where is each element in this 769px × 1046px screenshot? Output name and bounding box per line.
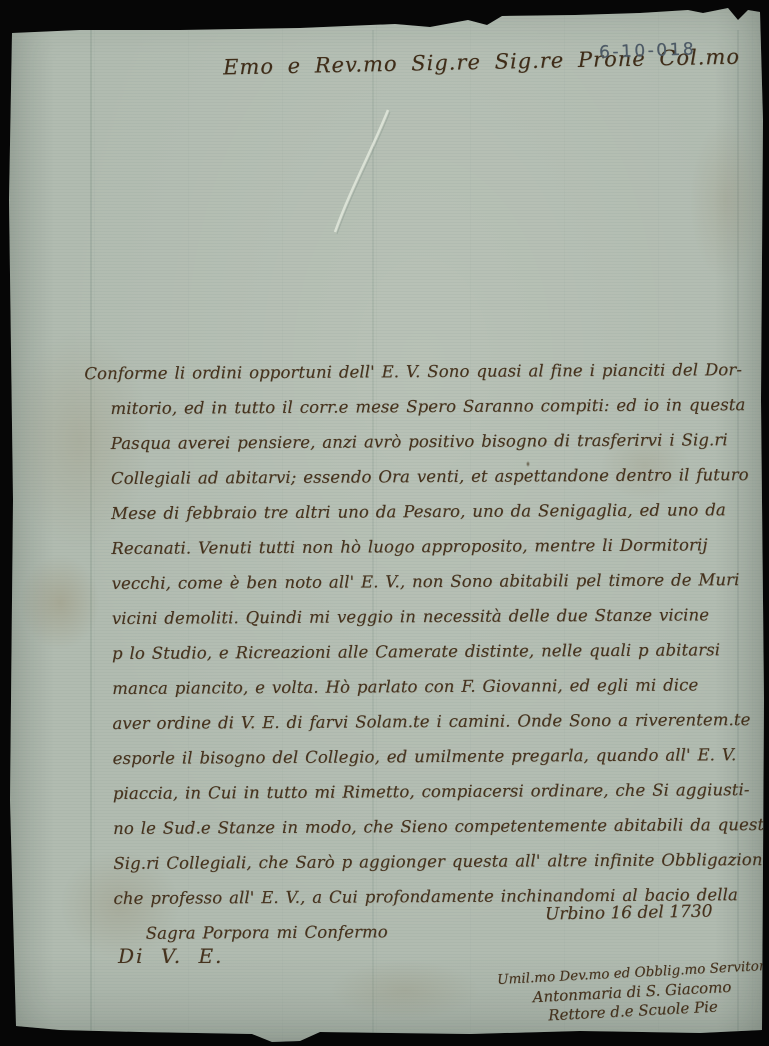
manuscript-line: Sig.ri Collegiali, che Sarò p aggionger … [113, 842, 761, 881]
manuscript-line: vecchi, come è ben noto all' E. V., non … [111, 562, 759, 601]
manuscript-line: aver ordine di V. E. di farvi Solam.te i… [112, 702, 760, 741]
manuscript-line: p lo Studio, e Ricreazioni alle Camerate… [112, 632, 760, 671]
manuscript-line: esporle il bisogno del Collegio, ed umil… [113, 737, 761, 776]
letter-scan: Emo e Rev.mo Sig.re Sig.re Prone Col.mo … [0, 0, 769, 1046]
manuscript-line: Collegiali ad abitarvi; essendo Ora vent… [111, 457, 759, 496]
archival-reference-number: 6-10-018 [599, 39, 697, 62]
manuscript-line: mitorio, ed in tutto il corr.e mese Sper… [110, 387, 758, 426]
manuscript-line: piaccia, in Cui in tutto mi Rimetto, com… [113, 772, 761, 811]
manuscript-line: Mese di febbraio tre altri uno da Pesaro… [111, 492, 759, 531]
letter-body: Conforme li ordini opportuni dell' E. V.… [110, 352, 762, 951]
manuscript-line: manca piancito, e volta. Hò parlato con … [112, 667, 760, 706]
manuscript-line: vicini demoliti. Quindi mi veggio in nec… [112, 597, 760, 636]
paper-sheet: Emo e Rev.mo Sig.re Sig.re Prone Col.mo … [0, 0, 769, 1046]
manuscript-line: no le Sud.e Stanze in modo, che Sieno co… [113, 807, 761, 846]
dateline: Urbino 16 del 1730 [545, 902, 713, 925]
manuscript-line: Pasqua averei pensiere, anzi avrò positi… [111, 422, 759, 461]
chain-line-left [90, 30, 92, 1034]
closing-valediction: Di V. E. [118, 944, 223, 968]
signature-block: Umil.mo Dev.mo ed Obblig.mo Servitore An… [497, 957, 768, 1028]
manuscript-line: Recanati. Venuti tutti non hò luogo appr… [111, 527, 759, 566]
manuscript-line: Conforme li ordini opportuni dell' E. V.… [84, 352, 758, 391]
